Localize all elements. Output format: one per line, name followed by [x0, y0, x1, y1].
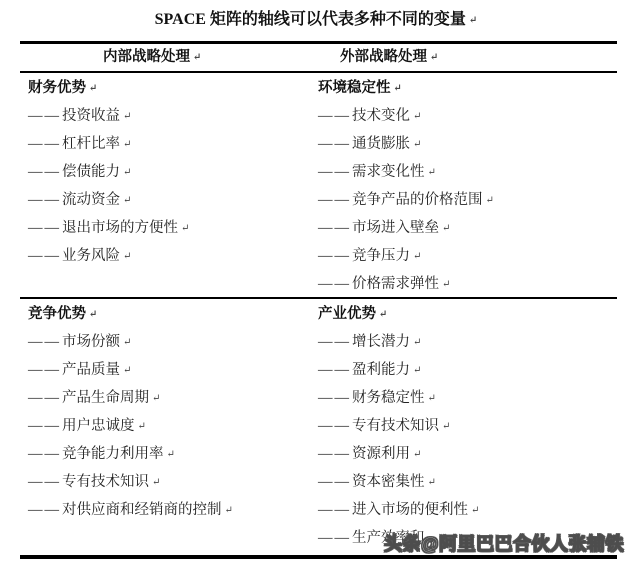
list-item: ——专有技术知识↵	[318, 412, 479, 440]
paragraph-mark: ↵	[430, 52, 438, 63]
paragraph-mark: ↵	[471, 505, 479, 516]
list-item: ——流动资金↵	[28, 186, 189, 214]
section-divider	[20, 297, 617, 299]
list-item: ——杠杆比率↵	[28, 130, 189, 158]
paragraph-mark: ↵	[89, 83, 97, 94]
list-item: ——增长潜力↵	[318, 328, 479, 356]
list-item: ——盈利能力↵	[318, 356, 479, 384]
item-label: 退出市场的方便性	[62, 220, 178, 236]
list-item: ——进入市场的便利性↵	[318, 496, 479, 524]
section-heading-label: 产业优势	[318, 306, 376, 322]
paragraph-mark: ↵	[486, 195, 494, 206]
item-dash: ——	[28, 248, 61, 264]
item-dash: ——	[318, 248, 351, 264]
section-heading: 财务优势↵	[28, 74, 189, 102]
item-label: 竞争产品的价格范围	[352, 192, 483, 208]
list-item: ——业务风险↵	[28, 242, 189, 270]
item-label: 专有技术知识	[62, 474, 149, 490]
item-label: 用户忠诚度	[62, 418, 135, 434]
item-dash: ——	[318, 334, 351, 350]
section-industry-strength: 产业优势↵ ——增长潜力↵ ——盈利能力↵ ——财务稳定性↵ ——专有技术知识↵…	[318, 300, 479, 552]
item-label: 竞争压力	[352, 248, 410, 264]
item-dash: ——	[318, 446, 351, 462]
paragraph-mark: ↵	[123, 195, 131, 206]
list-item: ——竞争压力↵	[318, 242, 494, 270]
paragraph-mark: ↵	[413, 449, 421, 460]
item-label: 增长潜力	[352, 334, 410, 350]
item-label: 市场份额	[62, 334, 120, 350]
item-label: 通货膨胀	[352, 136, 410, 152]
item-label: 杠杆比率	[62, 136, 120, 152]
item-label: 财务稳定性	[352, 390, 425, 406]
item-label: 进入市场的便利性	[352, 502, 468, 518]
item-label: 业务风险	[62, 248, 120, 264]
item-dash: ——	[318, 418, 351, 434]
item-label: 专有技术知识	[352, 418, 439, 434]
list-item: ——退出市场的方便性↵	[28, 214, 189, 242]
item-label: 产品生命周期	[62, 390, 149, 406]
item-label: 对供应商和经销商的控制	[62, 502, 222, 518]
list-item: ——技术变化↵	[318, 102, 494, 130]
item-dash: ——	[28, 362, 61, 378]
paragraph-mark: ↵	[138, 421, 146, 432]
section-heading-label: 财务优势	[28, 80, 86, 96]
list-item: ——对供应商和经销商的控制↵	[28, 496, 233, 524]
item-dash: ——	[318, 164, 351, 180]
page-title: SPACE 矩阵的轴线可以代表多种不同的变量↵	[0, 6, 632, 35]
section-environmental-stability: 环境稳定性↵ ——技术变化↵ ——通货膨胀↵ ——需求变化性↵ ——竞争产品的价…	[318, 74, 494, 298]
section-heading: 产业优势↵	[318, 300, 479, 328]
list-item: ——市场份额↵	[28, 328, 233, 356]
paragraph-mark: ↵	[413, 365, 421, 376]
item-label: 技术变化	[352, 108, 410, 124]
item-dash: ——	[28, 192, 61, 208]
paragraph-mark: ↵	[428, 393, 436, 404]
paragraph-mark: ↵	[413, 111, 421, 122]
item-dash: ——	[28, 334, 61, 350]
item-dash: ——	[318, 136, 351, 152]
column-header-internal: 内部战略处理↵	[103, 43, 201, 72]
paragraph-mark: ↵	[123, 337, 131, 348]
paragraph-mark: ↵	[413, 337, 421, 348]
paragraph-mark: ↵	[442, 279, 450, 290]
header-divider	[20, 71, 617, 73]
section-heading: 环境稳定性↵	[318, 74, 494, 102]
list-item: ——竞争能力利用率↵	[28, 440, 233, 468]
item-dash: ——	[318, 108, 351, 124]
list-item: ——需求变化性↵	[318, 158, 494, 186]
paragraph-mark: ↵	[152, 393, 160, 404]
item-dash: ——	[318, 192, 351, 208]
list-item: ——产品生命周期↵	[28, 384, 233, 412]
item-dash: ——	[28, 390, 61, 406]
item-label: 产品质量	[62, 362, 120, 378]
list-item: ——市场进入壁垒↵	[318, 214, 494, 242]
list-item: ——资本密集性↵	[318, 468, 479, 496]
item-dash: ——	[28, 164, 61, 180]
item-dash: ——	[28, 446, 61, 462]
list-item: ——产品质量↵	[28, 356, 233, 384]
list-item: ——财务稳定性↵	[318, 384, 479, 412]
item-dash: ——	[318, 502, 351, 518]
item-dash: ——	[318, 390, 351, 406]
item-label: 价格需求弹性	[352, 276, 439, 292]
item-dash: ——	[28, 136, 61, 152]
item-dash: ——	[318, 276, 351, 292]
paragraph-mark: ↵	[123, 251, 131, 262]
section-heading-label: 环境稳定性	[318, 80, 391, 96]
paragraph-mark: ↵	[193, 52, 201, 63]
page-title-text: SPACE 矩阵的轴线可以代表多种不同的变量	[155, 11, 466, 28]
section-financial-strength: 财务优势↵ ——投资收益↵ ——杠杆比率↵ ——偿债能力↵ ——流动资金↵ ——…	[28, 74, 189, 270]
paragraph-mark: ↵	[123, 111, 131, 122]
paragraph-mark: ↵	[428, 477, 436, 488]
section-heading-label: 竞争优势	[28, 306, 86, 322]
item-dash: ——	[318, 530, 351, 546]
item-label: 盈利能力	[352, 362, 410, 378]
list-item: ——资源利用↵	[318, 440, 479, 468]
section-competitive-advantage: 竞争优势↵ ——市场份额↵ ——产品质量↵ ——产品生命周期↵ ——用户忠诚度↵…	[28, 300, 233, 524]
item-label: 流动资金	[62, 192, 120, 208]
paragraph-mark: ↵	[394, 83, 402, 94]
paragraph-mark: ↵	[379, 309, 387, 320]
paragraph-mark: ↵	[123, 139, 131, 150]
paragraph-mark: ↵	[167, 449, 175, 460]
item-dash: ——	[28, 502, 61, 518]
column-header-external-label: 外部战略处理	[340, 49, 427, 65]
paragraph-mark: ↵	[442, 223, 450, 234]
document-page: SPACE 矩阵的轴线可以代表多种不同的变量↵ 内部战略处理↵ 外部战略处理↵ …	[0, 0, 632, 564]
item-dash: ——	[28, 108, 61, 124]
item-dash: ——	[28, 220, 61, 236]
paragraph-mark: ↵	[469, 15, 477, 26]
item-dash: ——	[28, 418, 61, 434]
paragraph-mark: ↵	[181, 223, 189, 234]
paragraph-mark: ↵	[89, 309, 97, 320]
item-dash: ——	[318, 362, 351, 378]
item-label: 竞争能力利用率	[62, 446, 164, 462]
watermark: 头条@阿里巴巴合伙人张辅铁	[384, 530, 624, 556]
column-header-internal-label: 内部战略处理	[103, 49, 190, 65]
item-dash: ——	[318, 474, 351, 490]
item-dash: ——	[318, 220, 351, 236]
list-item: ——通货膨胀↵	[318, 130, 494, 158]
column-header-external: 外部战略处理↵	[340, 43, 438, 72]
paragraph-mark: ↵	[442, 421, 450, 432]
list-item: ——投资收益↵	[28, 102, 189, 130]
paragraph-mark: ↵	[123, 365, 131, 376]
item-label: 资本密集性	[352, 474, 425, 490]
item-label: 资源利用	[352, 446, 410, 462]
item-dash: ——	[28, 474, 61, 490]
item-label: 市场进入壁垒	[352, 220, 439, 236]
paragraph-mark: ↵	[225, 505, 233, 516]
list-item: ——偿债能力↵	[28, 158, 189, 186]
list-item: ——价格需求弹性↵	[318, 270, 494, 298]
paragraph-mark: ↵	[152, 477, 160, 488]
section-heading: 竞争优势↵	[28, 300, 233, 328]
item-label: 需求变化性	[352, 164, 425, 180]
paragraph-mark: ↵	[123, 167, 131, 178]
item-label: 投资收益	[62, 108, 120, 124]
paragraph-mark: ↵	[413, 251, 421, 262]
list-item: ——专有技术知识↵	[28, 468, 233, 496]
list-item: ——竞争产品的价格范围↵	[318, 186, 494, 214]
item-label: 偿债能力	[62, 164, 120, 180]
list-item: ——用户忠诚度↵	[28, 412, 233, 440]
paragraph-mark: ↵	[428, 167, 436, 178]
paragraph-mark: ↵	[413, 139, 421, 150]
